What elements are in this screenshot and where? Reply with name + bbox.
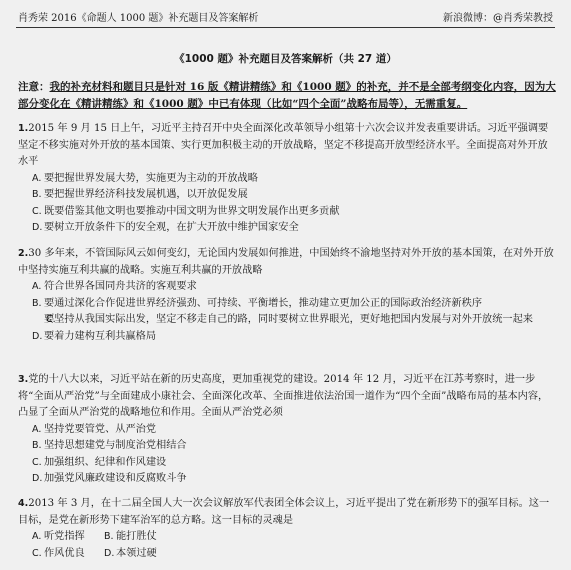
question-4: 4.2013 年 3 月，在十二届全国人大一次会议解放军代表团全体会议上，习近平… [18,496,556,562]
option-a: A.符合世界各国同舟共济的客观要求 [18,279,556,296]
notice-paragraph: 注意：我的补充材料和题目只是针对 16 版《精讲精练》和《1000 题》的补充，… [18,79,556,113]
header-weibo-handle: 新浪微博：@肖秀荣教授 [443,12,553,25]
option-row-1: A.听党指挥 B.能打胜仗 [18,529,556,546]
question-1: 1.2015 年 9 月 15 日上午，习近平主持召开中央全面深化改革领导小组第… [18,121,556,237]
question-stem: 1.2015 年 9 月 15 日上午，习近平主持召开中央全面深化改革领导小组第… [18,121,556,171]
option-b: B.能打胜仗 [104,529,176,546]
question-stem: 4.2013 年 3 月，在十二届全国人大一次会议解放军代表团全体会议上，习近平… [18,496,556,529]
question-stem: 2.30 多年来，不管国际风云如何变幻，无论国内发展如何推进，中国始终不渝地坚持… [18,246,556,279]
notice-text: 我的补充材料和题目只是针对 16 版《精讲精练》和《1000 题》的补充，并不是… [18,81,556,110]
page-header: 肖秀荣 2016《命题人 1000 题》补充题目及答案解析 新浪微博：@肖秀荣教… [16,12,555,28]
option-b: B.要通过深化合作促进世界经济强劲、可持续、平衡增长，推动建立更加公正的国际政治… [18,296,556,313]
option-d: D.要树立开放条件下的安全观，在扩大开放中维护国家安全 [18,220,556,237]
option-b: B.要把握世界经济科技发展机遇，以开放促发展 [18,187,556,204]
header-document-title: 肖秀荣 2016《命题人 1000 题》补充题目及答案解析 [18,12,258,25]
option-c: C.要坚持从我国实际出发，坚定不移走自己的路，同时要树立世界眼光，更好地把国内发… [18,312,556,329]
option-c: C.作风优良 [32,546,104,563]
option-d: D.要着力建构互利共赢格局 [18,329,556,346]
option-row-2: C.作风优良 D.本领过硬 [18,546,556,563]
option-d: D.加强党风廉政建设和反腐败斗争 [18,471,556,488]
option-a: A.要把握世界发展大势，实施更为主动的开放战略 [18,171,556,188]
option-a: A.坚持党要管党、从严治党 [18,422,556,439]
notice-label: 注意： [18,81,50,93]
option-c: C.既要借鉴其他文明也要推动中国文明为世界文明发展作出更多贡献 [18,204,556,221]
page-title: 《1000 题》补充题目及答案解析（共 27 道） [0,51,571,66]
option-a: A.听党指挥 [32,529,104,546]
question-2: 2.30 多年来，不管国际风云如何变幻，无论国内发展如何推进，中国始终不渝地坚持… [18,246,556,345]
option-b: B.坚持思想建党与制度治党相结合 [18,438,556,455]
option-d: D.本领过硬 [104,546,176,563]
question-3: 3.党的十八大以来，习近平站在新的历史高度，更加重视党的建设。2014 年 12… [18,372,556,488]
question-stem: 3.党的十八大以来，习近平站在新的历史高度，更加重视党的建设。2014 年 12… [18,372,556,422]
option-c: C.加强组织、纪律和作风建设 [18,455,556,472]
